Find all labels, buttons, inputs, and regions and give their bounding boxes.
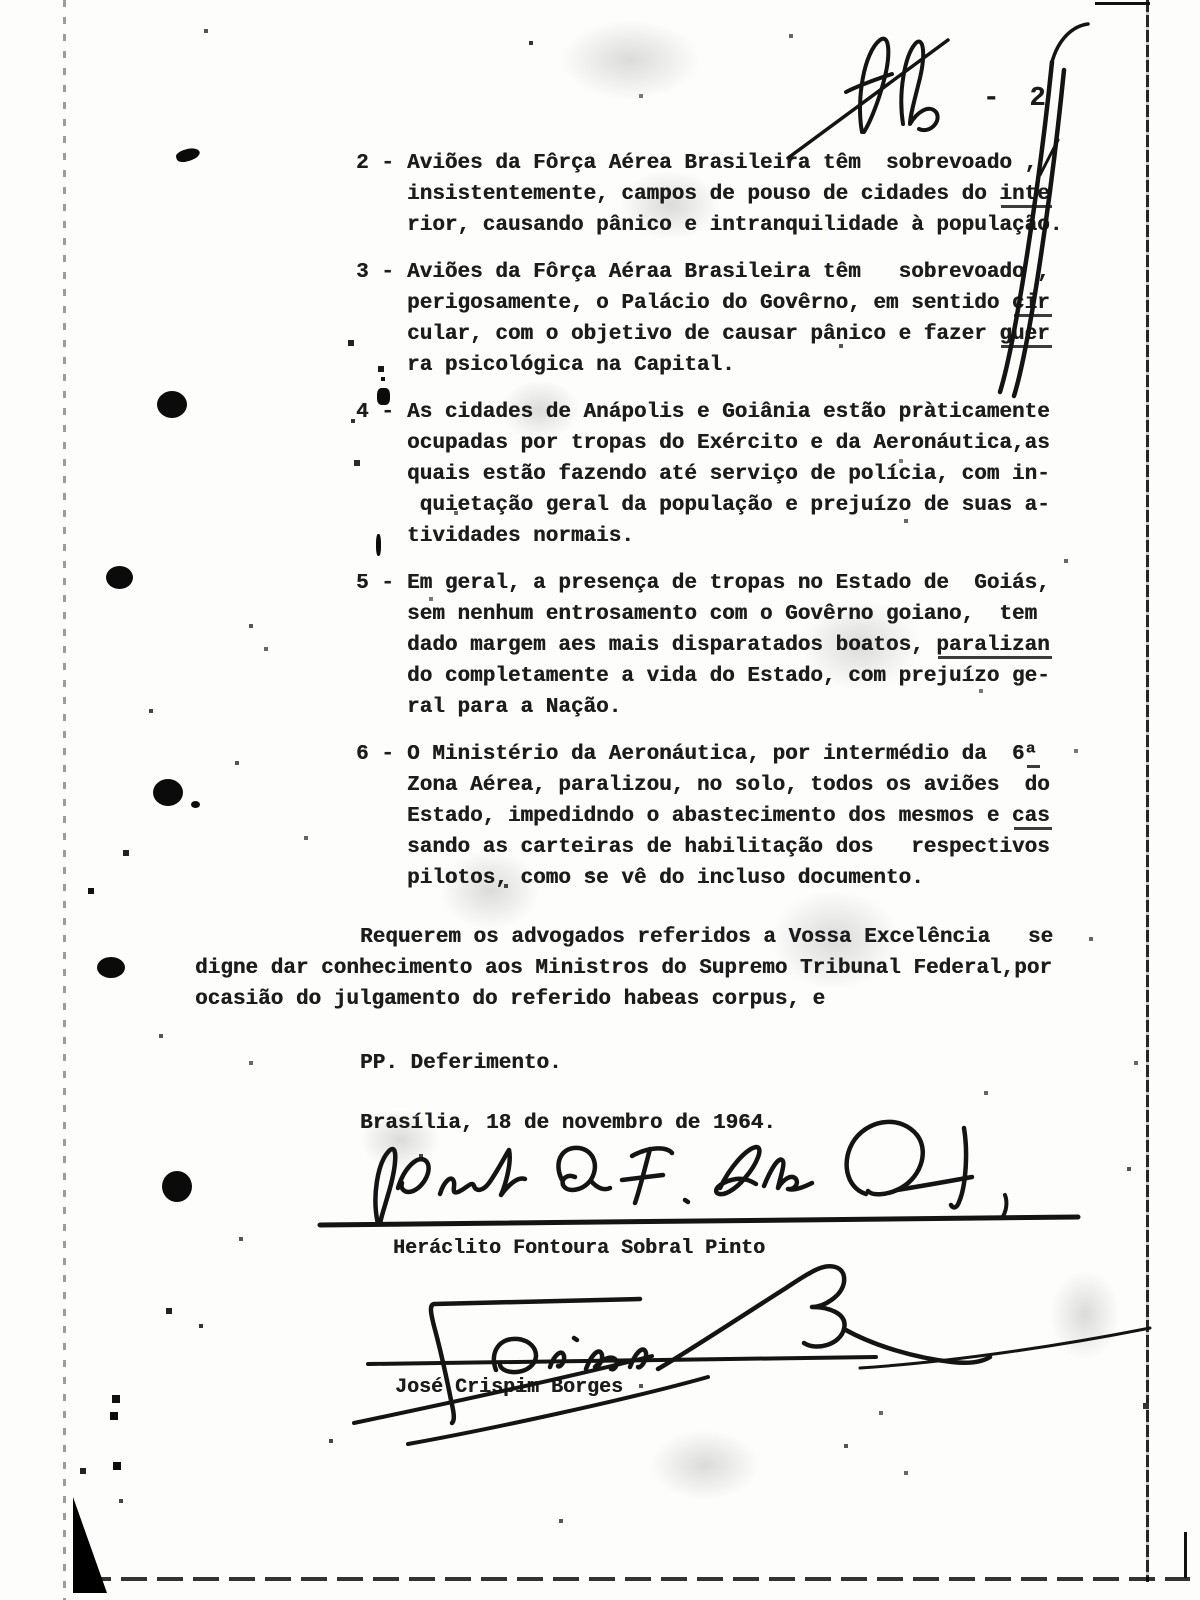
smudge [650,1430,760,1500]
signature-name-sobral-pinto: Heráclito Fontoura Sobral Pinto [393,1233,765,1264]
ink-blot [97,957,125,978]
list-item-4: 4 - As cidades de Anápolis e Goiânia est… [356,397,1050,552]
ink-blot [162,1171,192,1202]
ink-blot [153,779,183,806]
closing-line: PP. Deferimento. [360,1048,562,1079]
list-item-5: 5 - Em geral, a presença de tropas no Es… [356,568,1050,723]
item-text: Aviões da Fôrça Aérea Brasileira têm sob… [407,148,1062,241]
page-edge-left [63,0,66,1600]
dateline: Brasília, 18 de novembro de 1964. [360,1108,776,1139]
typed-underline [1014,827,1052,830]
item-number: 3 - [356,257,407,381]
item-number: 4 - [356,397,407,552]
scan-noise-specks [0,0,2,2]
ink-blot [157,391,187,418]
item-number: 2 - [356,148,407,241]
page-edge-top-right [1095,2,1150,5]
item-text: Aviões da Fôrça Aéraa Brasileira têm sob… [407,257,1050,381]
list-item-6: 6 - O Ministério da Aeronáutica, por int… [356,739,1050,894]
ink-blot [191,801,200,808]
item-text: Em geral, a presença de tropas no Estado… [407,568,1050,723]
smudge [560,20,700,100]
page-edge-bottom [85,1577,1190,1581]
typed-underline [938,656,1052,659]
typed-underline [1001,205,1052,208]
handwritten-initials-icon: fb [788,39,948,158]
item-number: 6 - [356,739,407,894]
item-text: As cidades de Anápolis e Goiânia estão p… [407,397,1050,552]
item-number: 5 - [356,568,407,723]
request-paragraph: Requerem os advogados referidos a Vossa … [195,922,1095,1015]
typed-underline [1001,345,1052,348]
document-page: - 2 2 - Aviões da Fôrça Aérea Brasileira… [0,0,1200,1600]
list-item-2: 2 - Aviões da Fôrça Aérea Brasileira têm… [356,148,1062,241]
typed-underline [1027,765,1040,768]
item-text: O Ministério da Aeronáutica, por intermé… [407,739,1050,894]
list-item-3: 3 - Aviões da Fôrça Aéraa Brasileira têm… [356,257,1050,381]
ink-blot [175,146,202,165]
smudge [1050,1270,1120,1360]
page-edge-right [1146,0,1149,1582]
page-edge-tick [1184,1532,1187,1578]
page-number: - 2 [983,84,1053,115]
ink-blot [106,566,133,589]
signature-name-jose-crispim: José Crispim Borges [395,1372,623,1403]
signature-jose-crispim-icon: José Crispim Borges [354,1266,1150,1444]
typed-underline [1014,314,1052,317]
